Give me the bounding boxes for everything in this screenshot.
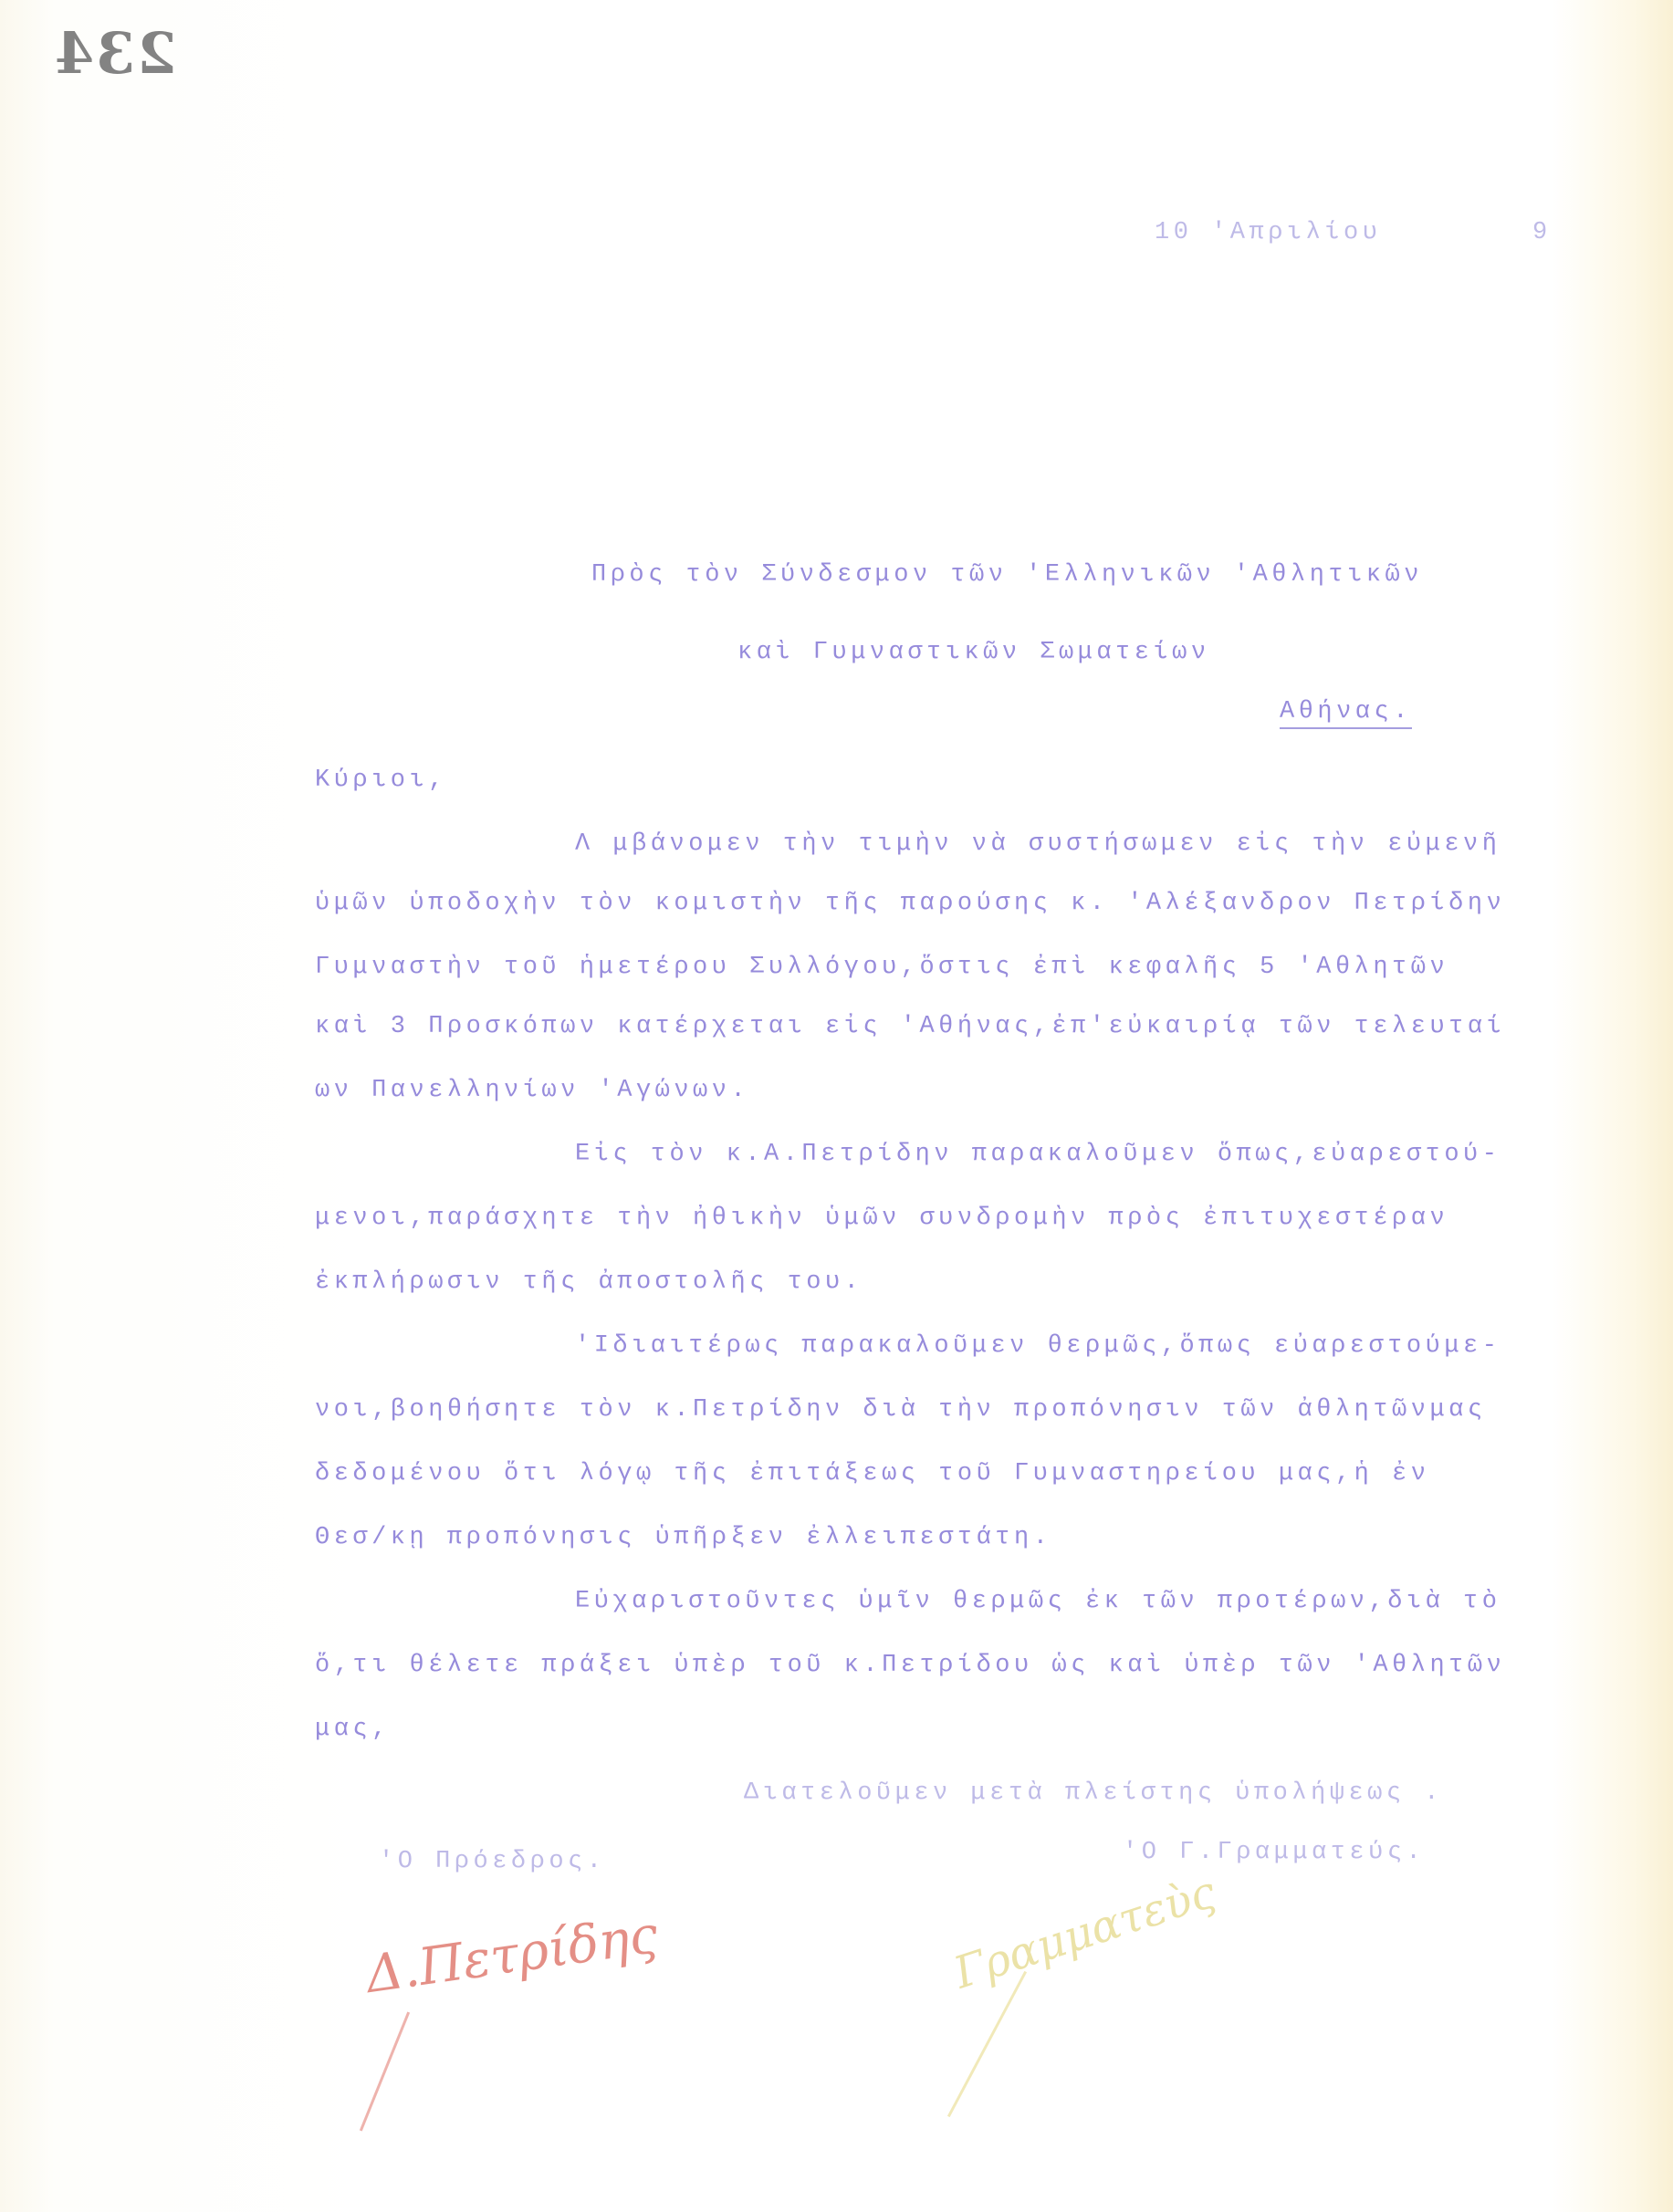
body-line: Θεσ/κῃ προπόνησις ὑπῆρξεν ἐλλειπεστάτη.: [315, 1524, 1051, 1551]
body-line: νοι,βοηθήσητε τὸν κ.Πετρίδην διὰ τὴν προ…: [315, 1396, 1487, 1424]
address-city: Αθήνας.: [1280, 698, 1412, 729]
body-line: μας,: [315, 1716, 391, 1743]
secretary-signature: Γραμματεὺς: [948, 1866, 1222, 1998]
body-line: μενοι,παράσχητε τὴν ἠθικὴν ὑμῶν συνδρομὴ…: [315, 1205, 1448, 1232]
body-line: Γυμναστὴν τοῦ ἡμετέρου Συλλόγου,ὅστις ἐπ…: [315, 954, 1448, 981]
signature-stroke: [360, 2012, 410, 2132]
body-line: Εἰς τὸν κ.Α.Πετρίδην παρακαλοῦμεν ὅπως,ε…: [575, 1141, 1500, 1168]
body-line: 'Ιδιαιτέρως παρακαλοῦμεν θερμῶς,ὅπως εὐα…: [575, 1332, 1500, 1360]
address-line-1: Πρὸς τὸν Σύνδεσμον τῶν 'Ελληνικῶν 'Αθλητ…: [591, 561, 1423, 589]
body-line: δεδομένου ὅτι λόγῳ τῆς ἐπιτάξεως τοῦ Γυμ…: [315, 1460, 1429, 1487]
date-line: 10 'Απριλίου 9: [1155, 219, 1552, 246]
body-line: ὅ,τι θέλετε πράξει ὑπὲρ τοῦ κ.Πετρίδου ὡ…: [315, 1652, 1505, 1679]
body-line: ὑμῶν ὑποδοχὴν τὸν κομιστὴν τῆς παρούσης …: [315, 890, 1505, 917]
letter-page: 234 10 'Απριλίου 9 Πρὸς τὸν Σύνδεσμον τῶ…: [0, 0, 1673, 2212]
body-line: Λ μβάνομεν τὴν τιμὴν νὰ συστήσωμεν εἰς τ…: [575, 830, 1500, 858]
body-line: ἐκπλήρωσιν τῆς ἀποστολῆς του.: [315, 1268, 863, 1296]
body-line: Εὐχαριστοῦντες ὑμῖν θερμῶς ἐκ τῶν προτέρ…: [575, 1588, 1500, 1615]
salutation: Κύριοι,: [315, 767, 447, 794]
body-line: ων Πανελληνίων 'Αγώνων.: [315, 1077, 749, 1104]
address-line-2: καὶ Γυμναστικῶν Σωματείων: [737, 639, 1210, 666]
signature-stroke: [947, 1971, 1027, 2117]
body-line: καὶ 3 Προσκόπων κατέρχεται εἰς 'Αθήνας,ἐ…: [315, 1013, 1505, 1040]
page-number-stamp: 234: [53, 20, 176, 87]
president-signature: Δ.Πετρίδης: [362, 1905, 662, 2005]
secretary-title: 'Ο Γ.Γραμματεύς.: [1123, 1839, 1425, 1866]
closing-line: Διατελοῦμεν μετὰ πλείστης ὑπολήψεως .: [744, 1779, 1443, 1807]
president-title: 'Ο Πρόεδρος.: [379, 1848, 605, 1875]
